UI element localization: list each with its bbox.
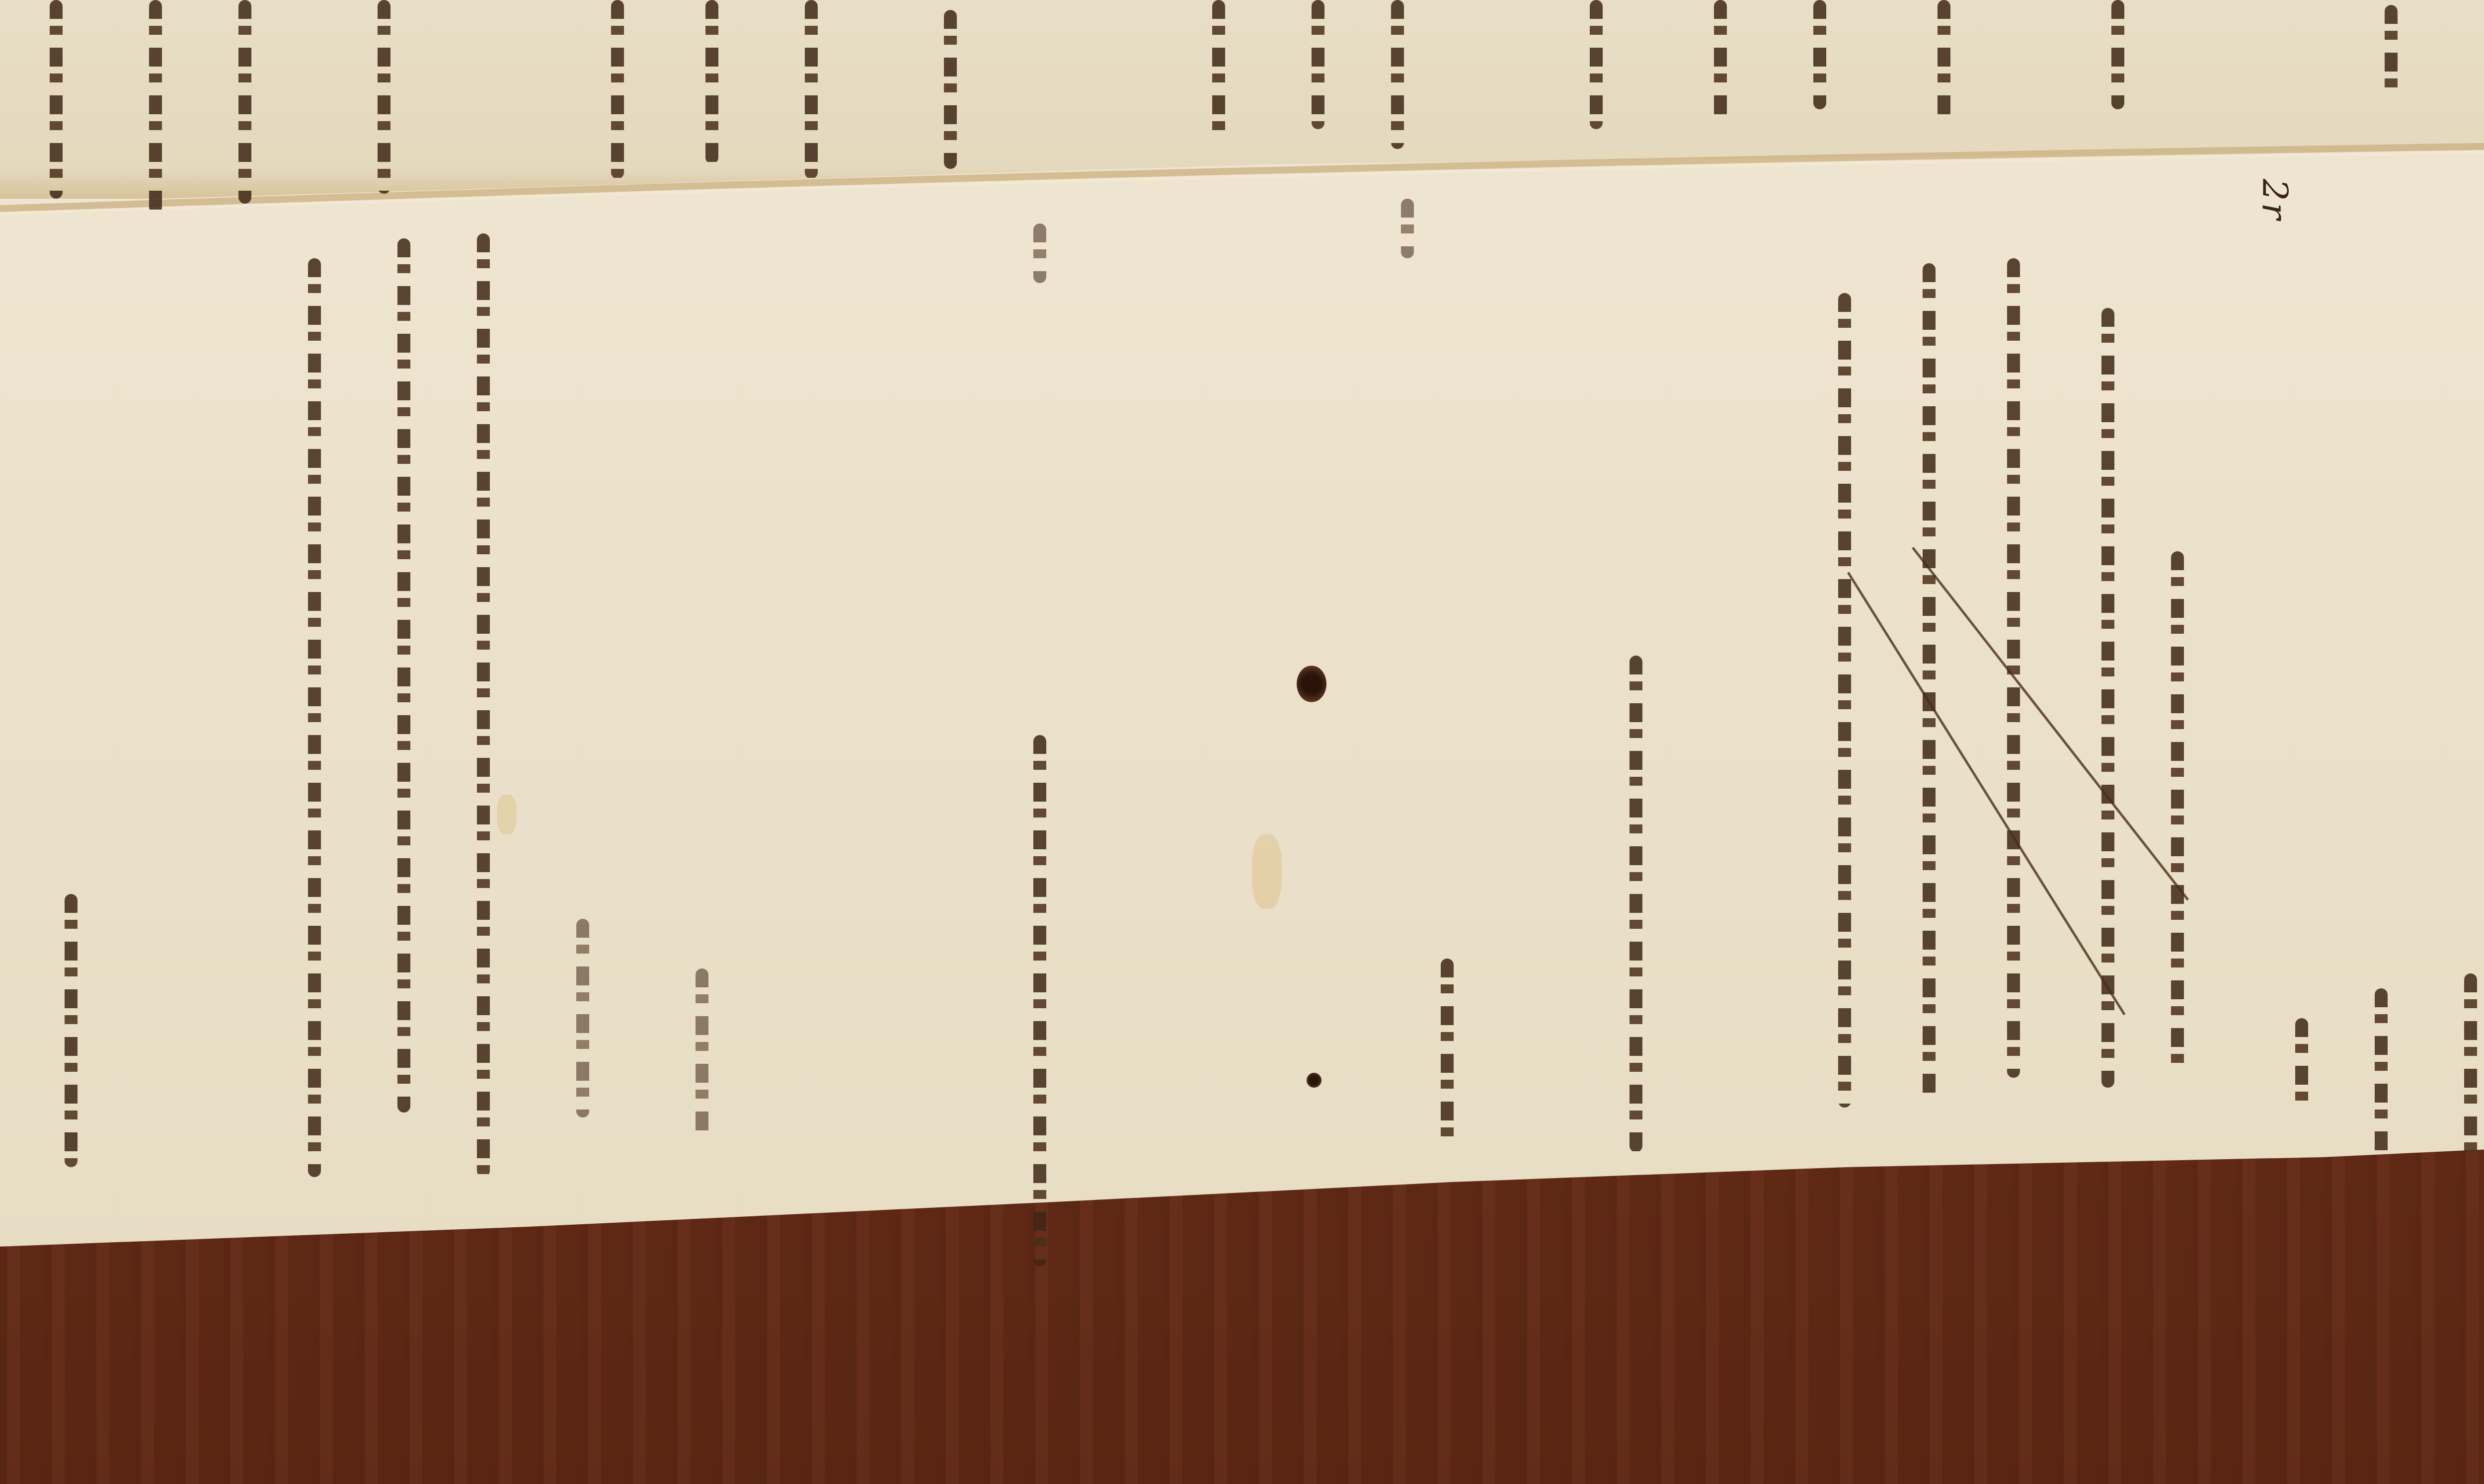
ink-spot	[1307, 1073, 1321, 1088]
text-column	[1630, 656, 1642, 1152]
flap-text-column	[1938, 0, 1950, 119]
paper-stain	[1252, 834, 1282, 909]
text-column	[2375, 988, 2388, 1157]
flap-text-column	[805, 0, 818, 179]
flap-text-column	[1813, 0, 1826, 109]
text-column	[2171, 551, 2184, 1073]
flap-text-column	[1391, 0, 1404, 149]
flap-text-column	[2385, 5, 2398, 94]
text-column	[2007, 258, 2020, 1078]
flap-text-column	[2111, 0, 2124, 109]
text-column	[477, 233, 490, 1177]
text-column	[2464, 973, 2477, 1162]
text-column	[1923, 263, 1936, 1098]
text-column	[308, 258, 321, 1177]
flap-text-column	[1212, 0, 1225, 139]
flap-text-column	[705, 0, 718, 164]
flap-text-column	[50, 0, 63, 199]
flap-text-column	[378, 0, 390, 194]
flap-text-column	[1590, 0, 1603, 129]
flap-text-column	[238, 0, 251, 204]
text-column	[2101, 308, 2114, 1088]
text-column	[1033, 735, 1046, 1266]
text-column	[1441, 959, 1454, 1147]
flap-text-column	[1312, 0, 1324, 129]
text-column	[1838, 293, 1851, 1108]
text-column	[65, 894, 78, 1167]
flap-text-column	[1714, 0, 1727, 119]
text-column	[2295, 1018, 2308, 1108]
ink-hole	[1297, 666, 1326, 702]
flap-text-column	[611, 0, 624, 179]
flap-text-column	[149, 0, 162, 214]
folio-number: 2r	[2254, 179, 2295, 222]
text-column	[576, 919, 589, 1117]
flap-text-column	[944, 10, 957, 169]
text-column	[1033, 223, 1046, 283]
text-column	[696, 968, 708, 1137]
text-column	[397, 238, 410, 1113]
text-column	[1401, 199, 1414, 258]
paper-stain	[497, 795, 517, 834]
